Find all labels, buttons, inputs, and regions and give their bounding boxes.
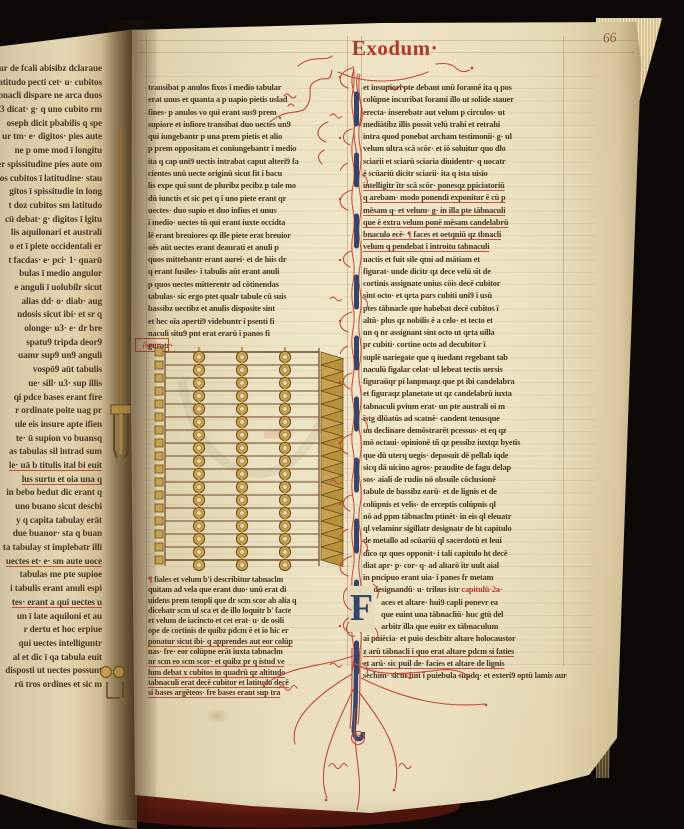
text-line: q erant fusiles· ī tabulis aūt erant anu… [148, 266, 350, 278]
text-line: supiore et infiore transibat duo uectes … [148, 119, 350, 131]
text-line: dū iunctis et sic pet q ī uno piete eran… [148, 193, 350, 205]
text-line: as tabulas sil intrad sum [0, 445, 102, 459]
text-line: y3 dicat· g· q uno cubito rm [0, 103, 102, 117]
text-line: que euint una tābnacliū· huc gtū del [363, 609, 567, 621]
text-line: qui uectes intelliguntr [0, 637, 102, 651]
text-line: tabulas· sic ergo ptet qualr tabule cū s… [148, 291, 350, 303]
text-line: et insupiori pte debant unū foramē ita q… [363, 82, 567, 94]
text-line: ī medio· uectes tū qui erant iuxte occid… [148, 217, 350, 229]
decorated-initial: F [349, 586, 374, 632]
tabernacle-curtain-diagram-svg [152, 344, 352, 574]
text-line: tabnacli dispare ne arca duos [0, 89, 102, 103]
text-line: intra quod ponebat archam testimonii· g·… [363, 131, 567, 143]
text-line: bassibz uectibz et anulis disposite sint [148, 303, 350, 315]
text-line: un ī late aquiloni et au [0, 610, 102, 624]
text-line: le· uā b titulis ital bi euit [0, 459, 102, 473]
text-line: ope de cortinis de quibz pdcm ē et io hi… [148, 626, 354, 636]
text-line: ur tm· e· digitos· pies aute [0, 130, 102, 144]
text-line: aces et altare· hui9 capli ponevr ea [363, 597, 567, 609]
text-line: ne p ome mod ī longitu [0, 144, 102, 158]
text-line: tabulas me pte supioe [0, 568, 102, 582]
text-line: nō ad ppm tābnaclm ptinēt· in eis ql ele… [363, 511, 567, 523]
text-line: p quos uectes mitterentr ad cōtinendas [148, 279, 350, 291]
text-line: et figuraqz planetate ut qz candelabrū i… [363, 388, 567, 400]
left-column-lower: ¶ fiales et velum b'i describitur tabnac… [148, 575, 354, 699]
text-line: intelligitr ītr scā scōr· ponesqz ppicia… [363, 180, 567, 192]
text-line: ta tabulay st implebatr illi [0, 541, 102, 555]
text-line: rū tros ordines et sic m [0, 678, 102, 692]
figure-diagram [152, 344, 352, 574]
text-line: e anguli ī uolubilr sicut [0, 281, 102, 295]
text-line: sechim· sicut fuit ī puiebula supdq· et … [363, 670, 567, 682]
text-line: et hec oīa aperti9 videbuntr ī psenti fi [148, 316, 350, 328]
text-line: qi pdce bases erant fire [0, 391, 102, 405]
text-line: ptes tābnacle que habebat decē cubitos ī [363, 303, 567, 315]
text-line: t doz cubitos sm latitudo [0, 199, 102, 213]
text-line: si bases argēteos· fre bases erant sup t… [148, 688, 354, 698]
text-line: figurat· unde dicitr qz dece velū sit de [363, 266, 567, 278]
text-line: bnaculo ecē· ¶ faces et oetqniū qz tbnac… [363, 229, 567, 241]
main-page: Exodum· 66 transibat p anulos fixos ī me… [131, 0, 643, 829]
text-line: oseph dicit pbabilis q spe [0, 117, 102, 131]
text-line: tabnaculi erat decē cubitor et latitudo … [148, 678, 354, 688]
text-line: cū debat· g· digitos ī lgitu [0, 213, 102, 227]
text-line: que ē extra velum ponē mēsam candelabrū [363, 217, 567, 229]
text-line: lum debat x cubitos in quadrū qz altitud… [148, 668, 354, 678]
text-line: al et dic ī qa tabula euit [0, 651, 102, 665]
text-line: ur de fcali abisibz dclaraue [0, 62, 102, 76]
text-line: lis expe qui sunt de pluribz pecibz p ta… [148, 180, 350, 192]
text-line: quos mittebantr erant aurei· et de hiis … [148, 254, 350, 266]
text-line: r dertu et hoc erpiue [0, 623, 102, 637]
text-line: z arū tābnacli ī quo erat altare pdcm si… [363, 646, 567, 658]
text-line: disposti ut uectes possunt [0, 664, 102, 678]
text-line: p prem oppositam et coniungebantr ī medi… [148, 143, 350, 155]
initial-letter: F [349, 586, 374, 630]
text-line: velum q pendebat ī introitu tabnaculi [363, 241, 567, 253]
text-line: que dū uterq uegis· deposuit dē pellab i… [363, 450, 567, 462]
text-line: un q nr assignant sint octo ut qrta uill… [363, 327, 567, 339]
text-line: oēs aūt uectes erant deaurati et anuli p [148, 242, 350, 254]
text-line: sint octo· et qrta pars cubiti uni9 ī us… [363, 290, 567, 302]
text-line: transibat p anulos fixos ī medio tabular [148, 82, 350, 94]
text-line: y q capita tabulay erāt [0, 514, 102, 528]
text-line: tabnaculi pvium erat· un pte australi oi… [363, 401, 567, 413]
text-line: q arebam· modo ponendi exponitur ē cū p [363, 192, 567, 204]
manuscript-photo: ur de fcali abisibz dclarauea latitudo p… [0, 0, 684, 829]
text-line: de metallo ad scūariū ql sacerdotū et le… [363, 535, 567, 547]
text-line: ai puiēcia· et puio descbitr altare holo… [363, 633, 567, 645]
text-line: uidens prem templi que dr scm scor ab al… [148, 596, 354, 606]
text-line: ponatur sicut ibi· q apprendes aut eor c… [148, 637, 354, 647]
text-line: alias dd· o· diab· aug [0, 295, 102, 309]
text-line: naculi situ9 pnt erat erarū ī panos fi [148, 328, 350, 340]
text-line: erecta· inserebatr aut velum p circulos·… [363, 107, 567, 119]
text-line: due buanor· sta q buan [0, 527, 102, 541]
text-line: i tabulis erant anuli espi [0, 582, 102, 596]
text-line: sciarii et sciarū sciaria diuidentr· q u… [363, 156, 567, 168]
text-line: dico qz ques opponit· i tali capitulo ht… [363, 548, 567, 560]
text-line: ita q cap uni9 uectis intrabat caput alt… [148, 156, 350, 168]
text-line: uectes et· e· sm aute uoce [0, 555, 102, 569]
text-line: et arū· sic puil de· facies et altare de… [363, 658, 567, 670]
text-line: arbitr illa que euitr ex tābnaculum [363, 621, 567, 633]
text-line: in bebo bedut dic erant q [0, 486, 102, 500]
text-line: uno buano sicut descbi [0, 500, 102, 514]
text-line: fines· p anulos vo qui erant sus9 prem [148, 107, 350, 119]
text-line: naculū figalar celat· ul lebeat tectis u… [363, 364, 567, 376]
ruling-vline [361, 36, 362, 666]
text-line: sos· aīali de rudio nō obsuile cōclusion… [363, 474, 567, 486]
text-line: a latitudo pecti cet· u· cubitos [0, 76, 102, 90]
text-line: er spissitudine pies aute om [0, 158, 102, 172]
left-column-upper: transibat p anulos fixos ī medio tabular… [148, 82, 350, 353]
text-line: r ordinate poite uag pr [0, 404, 102, 418]
text-line: ue· sill· u3· sup illis [0, 377, 102, 391]
text-line: in pncipuo erant uia· ī panes fr metam [363, 572, 567, 584]
text-line: un declinare demōstrarēt pcessus· et eq … [363, 425, 567, 437]
text-line: te· ū supion vo buansq [0, 432, 102, 446]
running-title: Exodum· [327, 36, 463, 61]
text-line: ¶ fiales et velum b'i describitur tabnac… [148, 575, 354, 585]
text-line: vospō9 aūt tabulis [0, 363, 102, 377]
text-line: et velum de iacincto et cet erat· u· de … [148, 616, 354, 626]
text-line: ndosis sicut ibi· et sr q [0, 308, 102, 322]
text-line: o et ī piete occidentali er [0, 240, 102, 254]
text-line: suplē uariegate que q iuedant regebant t… [363, 352, 567, 364]
text-line: mēsam q· et velum· g· in illa pte tābnac… [363, 205, 567, 217]
text-line: velum ultra scā scōr· et iō soluitur quo… [363, 143, 567, 155]
text-line: erat unus et quanta a p uapio pietis usl… [148, 94, 350, 106]
text-line: nas· fre· eor colūpne erāt iuxta tabnacl… [148, 647, 354, 657]
text-line: colūpnis et velis· de erceptis colūpnis … [363, 499, 567, 511]
text-line: figuraūqr pī lanpmaqz que pt ibi candela… [363, 376, 567, 388]
text-line: mediātibz illis possit velū trahi et ret… [363, 119, 567, 131]
text-line: tes· erant a qui uectes u [0, 596, 102, 610]
text-line: quitam ad vela que erant duo· unū erat d… [148, 585, 354, 595]
text-line: sicq dā uicino agros· praudite de fagu d… [363, 462, 567, 474]
margin-implements-drawing [96, 120, 136, 710]
facing-page-text-column: ur de fcali abisibz dclarauea latitudo p… [0, 62, 102, 692]
text-line: uectes· duo supio et duo infius et unus [148, 205, 350, 217]
text-line: os cubitos ī latitudine· stau [0, 172, 102, 186]
text-line: pr cubiti· cortine octo ad decubitor ī [363, 339, 567, 351]
text-line: spatu9 tripda deor9 [0, 336, 102, 350]
text-line: cortinis assignate unius cōis decē cubit… [363, 278, 567, 290]
text-line: olonge· u3· e· dr bre [0, 322, 102, 336]
text-line: uactis et fuit sile qtni ad mātiam et [363, 254, 567, 266]
text-line: mō octaui· opinionē tñ qz pessibz iuxtqz… [363, 437, 567, 449]
text-line: t facdas· e· pci· 1· quarū [0, 254, 102, 268]
text-line: lis aquilonari et australi [0, 226, 102, 240]
text-line: lus surtu et oia una q [0, 473, 102, 487]
text-line: tabule de bassibz earū· et de lignis et … [363, 486, 567, 498]
facing-page: ur de fcali abisibz dclarauea latitudo p… [0, 0, 137, 829]
text-line: ad designandū· u· tribus istr capitulū·2… [363, 584, 567, 596]
text-line: ql velaminr sigillatr designatr de ht ca… [363, 523, 567, 535]
text-line: uamr sup9 un9 anguli [0, 349, 102, 363]
right-column: et insupiori pte debant unū foramē ita q… [363, 82, 567, 682]
folio-number: 66 [602, 30, 617, 47]
text-line: qui iungebantr p una prem pietis et alio [148, 131, 350, 143]
text-line: īstg dlūatūs ad scatnē· candent tenusque [363, 413, 567, 425]
text-line: bulas ī medio angulor [0, 267, 102, 281]
text-line: ē scūariū dicitr sciarii· ita q ista uis… [363, 168, 567, 180]
text-line: ule eis insure apte ifien [0, 418, 102, 432]
text-line: lē erant breuiores qz ille piete erat br… [148, 230, 350, 242]
text-line: colūpne incuribat forami illo ut solide … [363, 94, 567, 106]
text-line: nr scm eo scm scor· et quibz pr q istud … [148, 657, 354, 667]
text-line: gitos ī spissitudie in long [0, 185, 102, 199]
text-line: cientes unū uecte originū sicut fit ī ba… [148, 168, 350, 180]
text-line: altū· plus qz nobilis ē a celo· et tecto… [363, 315, 567, 327]
text-line: diat apr· p· cor· q· ad altarō ītr uult … [363, 560, 567, 572]
text-line: dicebatr scm ul sca et de illo loquitr b… [148, 606, 354, 616]
